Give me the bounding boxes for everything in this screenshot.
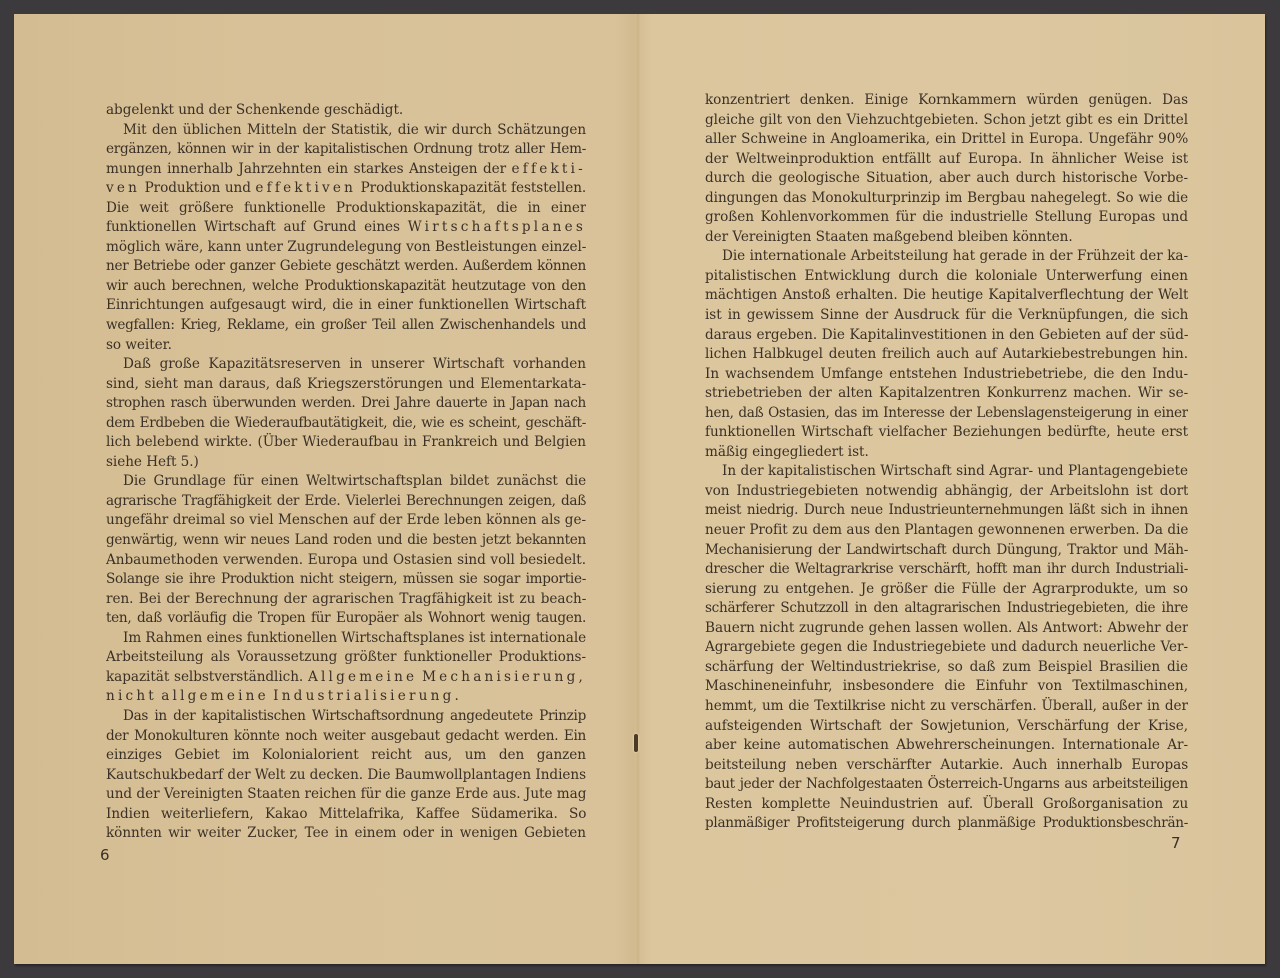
page-number-left: 6 (100, 846, 110, 864)
text-line: Die weit größere funktionelle Produktion… (106, 199, 586, 219)
text-line: ist in gewissem Sinne der Ausdruck für d… (705, 306, 1188, 326)
text-line: Die Grundlage für einen Weltwirtschaftsp… (106, 472, 586, 492)
text-line: hemmt, um die Textilkrise nicht zu versc… (705, 697, 1188, 717)
text-line: hen, daß Ostasien, das im Interesse der … (705, 404, 1188, 424)
text-line: agrarische Tragfähigkeit der Erde. Viele… (106, 492, 586, 512)
text-line: Anbaumethoden verwenden. Europa und Osta… (106, 551, 586, 571)
text-line: Im Rahmen eines funktionellen Wirtschaft… (106, 629, 586, 649)
left-page-text: abgelenkt und der Schenkende geschädigt.… (106, 101, 586, 844)
text-line: sind, sieht man daraus, daß Kriegszerstö… (106, 375, 586, 395)
text-line: ven Produktion und effektiven Produktion… (106, 179, 586, 199)
text-line: von Industriegebieten notwendig abhängig… (705, 482, 1188, 502)
text-line: funktionellen Wirtschaft vielfacher Bezi… (705, 423, 1188, 443)
text-line: drescher die Weltagrarkrise verschärft, … (705, 560, 1188, 580)
text-line: Die internationale Arbeitsteilung hat ge… (705, 247, 1188, 267)
text-line: funktionellen Wirtschaft auf Grund eines… (106, 218, 586, 238)
text-line: lichen Halbkugel deuten freilich auch au… (705, 345, 1188, 365)
right-page-text: konzentriert denken. Einige Kornkammern … (705, 91, 1188, 834)
text-line: kapazität selbstverständlich. Allgemeine… (106, 668, 586, 688)
text-line: möglich wäre, kann unter Zugrundelegung … (106, 238, 586, 258)
text-line: könnten wir weiter Zucker, Tee in einem … (106, 824, 586, 844)
text-line: siehe Heft 5.) (106, 453, 586, 473)
text-line: Solange sie ihre Produktion nicht steige… (106, 570, 586, 590)
text-line: Bauern nicht zugrunde gehen lassen wolle… (705, 619, 1188, 639)
text-line: neuer Profit zu dem aus den Plantagen ge… (705, 521, 1188, 541)
text-line: mächtigen Anstoß erhalten. Die heutige K… (705, 286, 1188, 306)
text-line: ren. Bei der Berechnung der agrarischen … (106, 590, 586, 610)
text-line: Einrichtungen aufgesaugt wird, die in ei… (106, 296, 586, 316)
text-line: ner Betriebe oder ganzer Gebiete geschät… (106, 257, 586, 277)
text-line: einziges Gebiet im Kolonialorient reicht… (106, 746, 586, 766)
text-line: strophen rasch überwunden werden. Drei J… (106, 394, 586, 414)
text-line: der Vereinigten Staaten maßgebend bleibe… (705, 228, 1188, 248)
text-line: der Weltweinproduktion entfällt auf Euro… (705, 150, 1188, 170)
text-line: ergänzen, können wir in der kapitalistis… (106, 140, 586, 160)
text-line: Mechanisierung der Landwirtschaft durch … (705, 541, 1188, 561)
text-line: Resten komplette Neuindustrien auf. Über… (705, 795, 1188, 815)
text-line: aber keine automatischen Abwehrerscheinu… (705, 736, 1188, 756)
text-line: planmäßiger Profitsteigerung durch planm… (705, 814, 1188, 834)
text-line: Maschineneinfuhr, insbesondere die Einfu… (705, 677, 1188, 697)
text-line: aller Schweine in Angloamerika, ein Drit… (705, 130, 1188, 150)
page-number-right: 7 (1171, 834, 1181, 852)
text-line: genwärtig, wenn wir neues Land roden und… (106, 531, 586, 551)
text-line: Das in der kapitalistischen Wirtschaftso… (106, 707, 586, 727)
text-line: In der kapitalistischen Wirtschaft sind … (705, 462, 1188, 482)
text-line: abgelenkt und der Schenkende geschädigt. (106, 101, 586, 121)
text-line: schärfung der Weltindustriekrise, so daß… (705, 658, 1188, 678)
text-line: striebetrieben der alten Kapitalzentren … (705, 384, 1188, 404)
text-line: und der Vereinigten Staaten reichen für … (106, 785, 586, 805)
text-line: ungefähr dreimal so viel Menschen auf de… (106, 511, 586, 531)
text-line: dem Erdbeben die Wiederaufbautätigkeit, … (106, 414, 586, 434)
text-line: pitalistischen Entwicklung durch die kol… (705, 267, 1188, 287)
text-line: wir auch berechnen, welche Produktionska… (106, 277, 586, 297)
text-line: mungen innerhalb Jahrzehnten ein starkes… (106, 160, 586, 180)
text-line: gleiche gilt von den Viehzuchtgebieten. … (705, 111, 1188, 131)
text-line: Arbeitsteilung als Voraussetzung größter… (106, 648, 586, 668)
text-line: dingungen das Monokulturprinzip im Bergb… (705, 189, 1188, 209)
text-line: lich belebend wirkte. (Über Wiederaufbau… (106, 433, 586, 453)
book-gutter (636, 14, 640, 964)
text-line: meist niedrig. Durch neue Industrieunter… (705, 501, 1188, 521)
text-line: beitsteilung neben verschärfter Autarkie… (705, 756, 1188, 776)
text-line: Indien weiterliefern, Kakao Mittelafrika… (106, 805, 586, 825)
text-line: durch die geologische Situation, aber au… (705, 169, 1188, 189)
text-line: wegfallen: Krieg, Reklame, ein großer Te… (106, 316, 586, 336)
text-line: Mit den üblichen Mitteln der Statistik, … (106, 121, 586, 141)
text-line: sierung zu entgehen. Je größer die Fülle… (705, 580, 1188, 600)
text-line: baut jeder der Nachfolgestaaten Österrei… (705, 775, 1188, 795)
text-line: so weiter. (106, 336, 586, 356)
text-line: aufsteigenden Wirtschaft der Sowjetunion… (705, 717, 1188, 737)
text-line: Daß große Kapazitätsreserven in unserer … (106, 355, 586, 375)
text-line: daraus ergeben. Die Kapitalinvestitionen… (705, 326, 1188, 346)
text-line: ten, daß vorläufig die Tropen für Europä… (106, 609, 586, 629)
text-line: konzentriert denken. Einige Kornkammern … (705, 91, 1188, 111)
text-line: nicht allgemeine Industrialisierung. (106, 687, 586, 707)
text-line: schärferer Schutzzoll in den altagrarisc… (705, 599, 1188, 619)
text-line: mäßig eingegliedert ist. (705, 443, 1188, 463)
text-line: Kautschukbedarf der Welt zu decken. Die … (106, 766, 586, 786)
text-line: Agrargebiete gegen die Industriegebiete … (705, 638, 1188, 658)
text-line: In wachsendem Umfange entstehen Industri… (705, 365, 1188, 385)
text-line: großen Kohlenvorkommen für die industrie… (705, 208, 1188, 228)
book-spread: abgelenkt und der Schenkende geschädigt.… (14, 14, 1265, 964)
staple-top (634, 734, 638, 752)
text-line: der Monokulturen könnte noch weiter ausg… (106, 727, 586, 747)
